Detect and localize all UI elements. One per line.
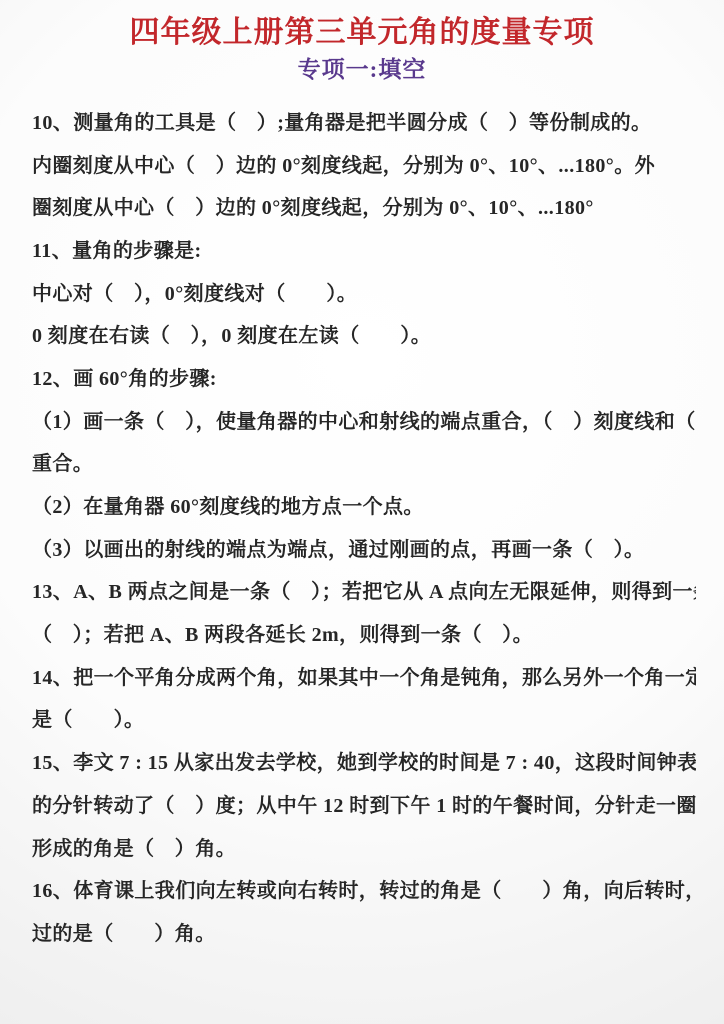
worksheet-page: 四年级上册第三单元角的度量专项 专项一:填空 10、测量角的工具是（ ）;量角器… — [0, 0, 724, 1024]
question-line: 中心对（ ），0°刻度线对（ ）。 — [32, 270, 696, 313]
questions-area: 10、测量角的工具是（ ）;量角器是把半圆分成（ ）等份制成的。 内圈刻度从中心… — [32, 99, 696, 953]
question-13: 13、A、B 两点之间是一条（ ）；若把它从 A 点向左无限延伸，则得到一条 （… — [32, 569, 696, 654]
question-line: 的分针转动了（ ）度；从中午 12 时到下午 1 时的午餐时间，分针走一圈所 — [32, 782, 696, 825]
section-subtitle: 专项一:填空 — [0, 52, 724, 88]
question-12: 12、画 60°角的步骤: （1）画一条（ ），使量角器的中心和射线的端点重合，… — [32, 355, 696, 568]
page-title: 四年级上册第三单元角的度量专项 — [0, 0, 724, 52]
question-line: 形成的角是（ ）角。 — [32, 825, 696, 868]
question-10: 10、测量角的工具是（ ）;量角器是把半圆分成（ ）等份制成的。 内圈刻度从中心… — [32, 99, 696, 227]
question-line: 12、画 60°角的步骤: — [32, 355, 696, 398]
question-line: （3）以画出的射线的端点为端点，通过刚画的点，再画一条（ ）。 — [32, 526, 696, 569]
question-line: 14、把一个平角分成两个角，如果其中一个角是钝角，那么另外一个角一定 — [32, 654, 696, 697]
question-line: 0 刻度在右读（ ），0 刻度在左读（ ）。 — [32, 312, 696, 355]
question-line: 是（ ）。 — [32, 697, 696, 740]
question-16: 16、体育课上我们向左转或向右转时，转过的角是（ ）角，向后转时，转 过的是（ … — [32, 867, 696, 952]
question-line: （1）画一条（ ），使量角器的中心和射线的端点重合，（ ）刻度线和（ ） — [32, 398, 696, 441]
question-15: 15、李文 7 : 15 从家出发去学校，她到学校的时间是 7 : 40，这段时… — [32, 739, 696, 867]
question-line: （2）在量角器 60°刻度线的地方点一个点。 — [32, 483, 696, 526]
question-11: 11、量角的步骤是: 中心对（ ），0°刻度线对（ ）。 0 刻度在右读（ ），… — [32, 227, 696, 355]
question-line: 15、李文 7 : 15 从家出发去学校，她到学校的时间是 7 : 40，这段时… — [32, 739, 696, 782]
question-line: 16、体育课上我们向左转或向右转时，转过的角是（ ）角，向后转时，转 — [32, 867, 696, 910]
question-14: 14、把一个平角分成两个角，如果其中一个角是钝角，那么另外一个角一定 是（ ）。 — [32, 654, 696, 739]
question-line: 重合。 — [32, 441, 696, 484]
question-line: （ ）；若把 A、B 两段各延长 2m，则得到一条（ ）。 — [32, 611, 696, 654]
question-line: 13、A、B 两点之间是一条（ ）；若把它从 A 点向左无限延伸，则得到一条 — [32, 569, 696, 612]
question-line: 圈刻度从中心（ ）边的 0°刻度线起，分别为 0°、10°、...180° — [32, 184, 696, 227]
question-line: 11、量角的步骤是: — [32, 227, 696, 270]
question-line: 10、测量角的工具是（ ）;量角器是把半圆分成（ ）等份制成的。 — [32, 99, 696, 142]
question-line: 过的是（ ）角。 — [32, 910, 696, 953]
question-line: 内圈刻度从中心（ ）边的 0°刻度线起，分别为 0°、10°、...180°。外 — [32, 142, 696, 185]
